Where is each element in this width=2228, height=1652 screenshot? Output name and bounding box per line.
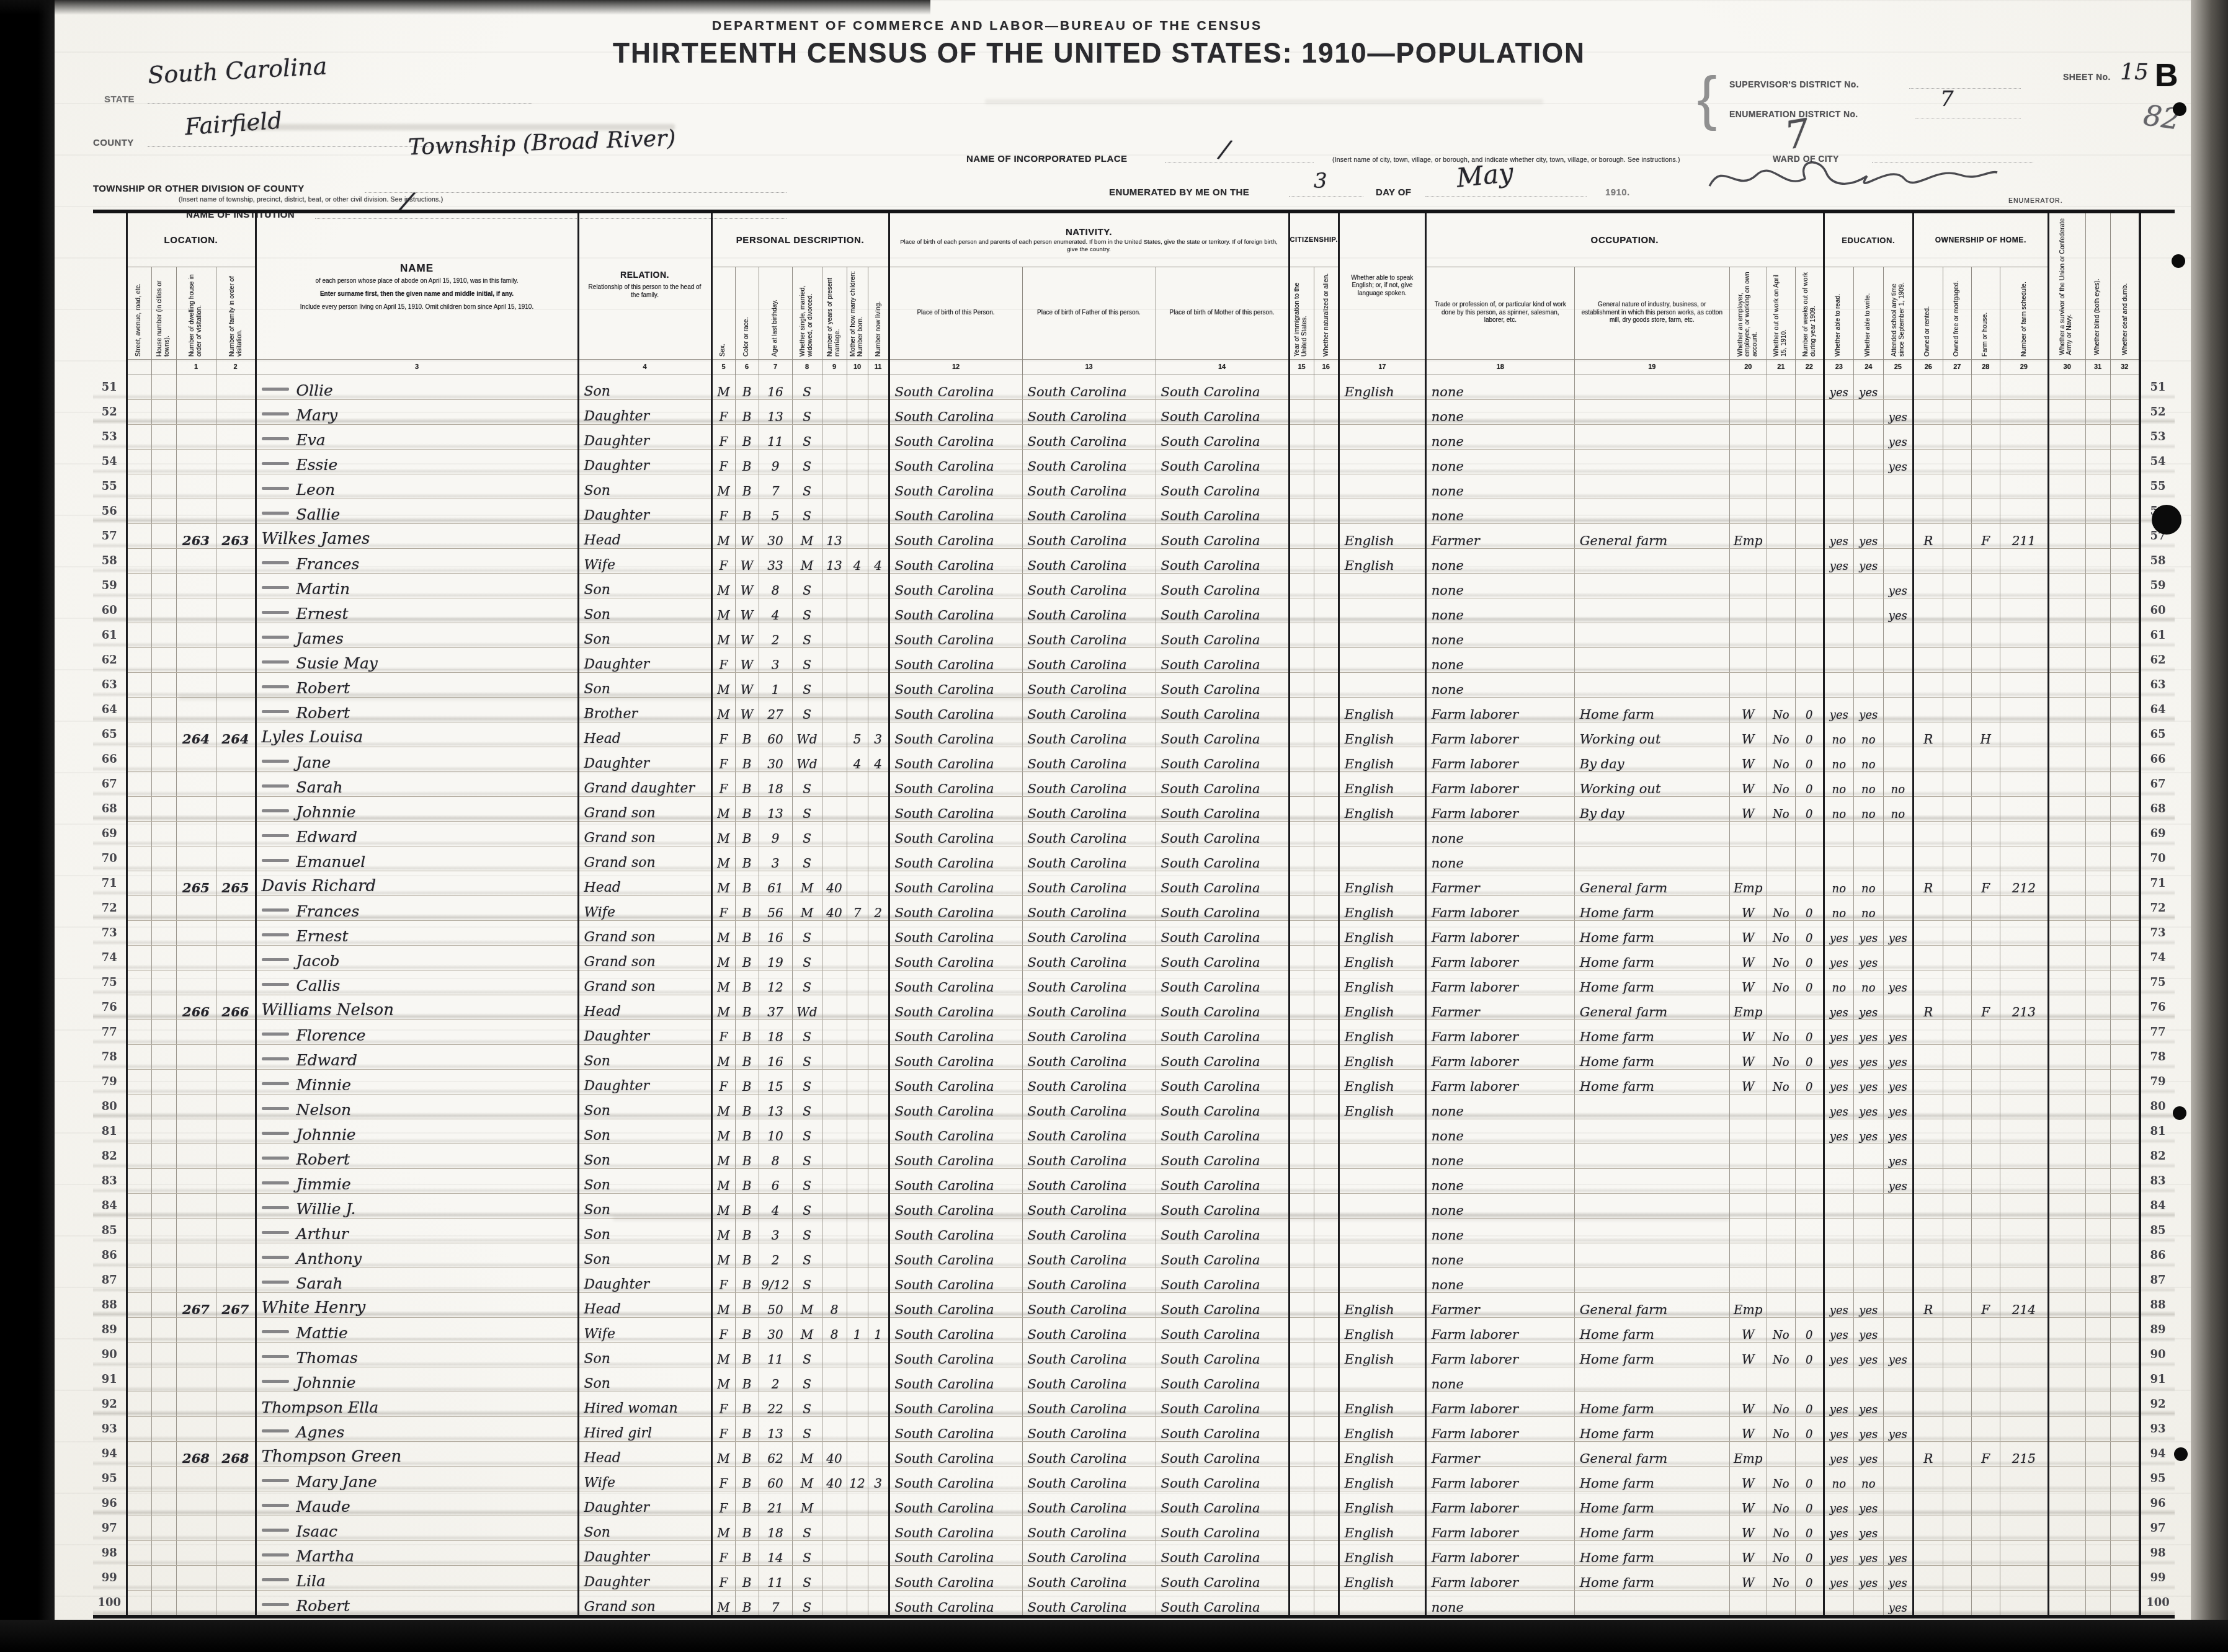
cell-house-number [151,1541,176,1566]
cell-deaf [2110,1417,2140,1442]
cell-deaf [2110,970,2140,995]
cell-name: Maude [256,1491,578,1516]
cell-occupation: none [1425,574,1574,598]
cell-father-birthplace: South Carolina [1022,1293,1156,1318]
cell-out-of-work [1767,648,1795,673]
cell-farm-house [1971,598,2000,623]
cell-sex: M [711,1219,735,1243]
cell-weeks-out: 0 [1795,946,1824,970]
cell-mother-birthplace: South Carolina [1156,772,1289,797]
cell-family-number [216,623,256,648]
line-number-left: 87 [93,1268,127,1293]
cell-family-number [216,970,256,995]
cell-children-born [847,921,868,946]
cell-farm-house [1971,1417,2000,1442]
line-number-left: 93 [93,1417,127,1442]
line-number-right: 84 [2140,1194,2175,1219]
cell-marital-status: M [792,1467,822,1491]
cell-years-married [822,698,847,722]
cell-survivor [2048,1392,2085,1417]
cell-children-living [868,1119,889,1144]
cell-street [127,400,151,425]
cell-blind [2085,400,2110,425]
cell-color: B [735,1367,759,1392]
cell-weeks-out: 0 [1795,1566,1824,1591]
cell-age: 11 [759,1343,792,1367]
cell-sex: M [711,1144,735,1169]
cell-farm-house [1971,1045,2000,1070]
cell-farm-house [1971,1169,2000,1194]
cell-sex: F [711,450,735,474]
cell-out-of-work [1767,549,1795,574]
line-number-left: 67 [93,772,127,797]
cell-farm-schedule [2000,797,2048,822]
cell-occupation: Farm laborer [1425,1045,1574,1070]
enumerated-day: 3 [1314,169,1327,193]
cell-farm-schedule [2000,648,2048,673]
column-number: 29 [2000,360,2048,375]
cell-mother-birthplace: South Carolina [1156,400,1289,425]
cell-age: 3 [759,1219,792,1243]
cell-children-born [847,1541,868,1566]
cell-children-living [868,1095,889,1119]
supervisor-blank [1909,79,2021,89]
table-row: 54 Essie Daughter F B 9 S South Carolina… [93,450,2175,474]
cell-attended-school [1883,375,1913,400]
table-row: 61 James Son M W 2 S South Carolina Sout… [93,623,2175,648]
cell-relation: Son [578,1219,711,1243]
cell-relation: Grand son [578,921,711,946]
line-number-right: 70 [2140,846,2175,871]
cell-survivor [2048,846,2085,871]
table-row: 60 Ernest Son M W 4 S South Carolina Sou… [93,598,2175,623]
cell-naturalized [1314,946,1339,970]
cell-deaf [2110,1566,2140,1591]
cell-farm-schedule [2000,1020,2048,1045]
cell-naturalized [1314,1194,1339,1219]
cell-dwelling-number [176,1367,216,1392]
cell-language [1339,623,1425,648]
cell-survivor [2048,1343,2085,1367]
cell-age: 15 [759,1070,792,1095]
cell-blind [2085,524,2110,549]
cell-age: 11 [759,425,792,450]
cell-sex: M [711,1442,735,1467]
cell-marital-status: Wd [792,995,822,1020]
cell-immigration-year [1289,698,1314,722]
cell-survivor [2048,1541,2085,1566]
line-number-right: 51 [2140,375,2175,400]
cell-dwelling-number [176,1541,216,1566]
cell-industry [1574,574,1729,598]
cell-farm-house [1971,574,2000,598]
cell-birthplace: South Carolina [889,871,1022,896]
line-number-right: 58 [2140,549,2175,574]
occupation-group-header: OCCUPATION. [1425,211,1824,267]
cell-house-number [151,1516,176,1541]
cell-naturalized [1314,1095,1339,1119]
cell-years-married [822,1045,847,1070]
cell-house-number [151,896,176,921]
cell-owned-rented [1913,1367,1943,1392]
cell-owned-rented [1913,1095,1943,1119]
cell-weeks-out [1795,524,1824,549]
cell-street [127,1367,151,1392]
cell-naturalized [1314,574,1339,598]
cell-out-of-work [1767,1095,1795,1119]
cell-owned-rented [1913,499,1943,524]
column-number: 23 [1824,360,1853,375]
cell-age: 10 [759,1119,792,1144]
cell-blind [2085,1367,2110,1392]
cell-language: English [1339,549,1425,574]
cell-naturalized [1314,722,1339,747]
cell-immigration-year [1289,1318,1314,1343]
cell-relation: Grand son [578,970,711,995]
table-row: 74 Jacob Grand son M B 19 S South Caroli… [93,946,2175,970]
cell-children-born: 5 [847,722,868,747]
cell-dwelling-number [176,1169,216,1194]
cell-name: Mattie [256,1318,578,1343]
cell-children-born [847,1566,868,1591]
cell-owned-rented [1913,1243,1943,1268]
cell-marital-status: S [792,797,822,822]
cell-can-read [1824,1169,1853,1194]
line-number-right: 96 [2140,1491,2175,1516]
cell-marital-status: S [792,1070,822,1095]
cell-owned-rented: R [1913,524,1943,549]
cell-color: W [735,549,759,574]
cell-weeks-out [1795,1243,1824,1268]
cell-farm-house [1971,400,2000,425]
cell-color: B [735,400,759,425]
cell-can-write [1853,822,1883,846]
cell-immigration-year [1289,1591,1314,1617]
cell-sex: M [711,946,735,970]
cell-can-write: no [1853,772,1883,797]
cell-house-number [151,574,176,598]
cell-language: English [1339,1417,1425,1442]
line-number-right: 53 [2140,425,2175,450]
cell-blind [2085,1268,2110,1293]
cell-farm-schedule [2000,1367,2048,1392]
cell-employment-status [1729,822,1767,846]
line-number-left: 53 [93,425,127,450]
birthplace-mother-column-header: Place of birth of Mother of this person. [1156,267,1289,360]
cell-farm-house: F [1971,995,2000,1020]
cell-name: Jane [256,747,578,772]
cell-deaf [2110,549,2140,574]
write-column-header: Whether able to write. [1853,267,1883,360]
table-row: 72 Frances Wife F B 56 M 40 7 2 South Ca… [93,896,2175,921]
cell-mother-birthplace: South Carolina [1156,1070,1289,1095]
column-number: 4 [578,360,711,375]
cell-birthplace: South Carolina [889,1144,1022,1169]
scan-smear [179,695,1109,700]
cell-owned-rented [1913,1119,1943,1144]
cell-children-living [868,797,889,822]
cell-farm-schedule [2000,623,2048,648]
cell-immigration-year [1289,1491,1314,1516]
cell-children-born [847,1491,868,1516]
cell-can-read: yes [1824,375,1853,400]
cell-weeks-out [1795,623,1824,648]
cell-industry: Home farm [1574,896,1729,921]
cell-attended-school [1883,1243,1913,1268]
school-column-header: Attended school any time since September… [1883,267,1913,360]
cell-deaf [2110,1293,2140,1318]
cell-street [127,1268,151,1293]
cell-name: Florence [256,1020,578,1045]
column-number: 8 [792,360,822,375]
cell-attended-school [1883,722,1913,747]
cell-father-birthplace: South Carolina [1022,995,1156,1020]
cell-industry [1574,1219,1729,1243]
cell-street [127,425,151,450]
cell-deaf [2110,400,2140,425]
cell-attended-school [1883,1516,1913,1541]
cell-immigration-year [1289,450,1314,474]
cell-occupation: none [1425,1194,1574,1219]
cell-farm-house [1971,1516,2000,1541]
line-number-left: 56 [93,499,127,524]
cell-immigration-year [1289,1417,1314,1442]
cell-blind [2085,1169,2110,1194]
cell-language [1339,400,1425,425]
cell-survivor [2048,1243,2085,1268]
cell-free-mortgaged [1943,524,1971,549]
cell-immigration-year [1289,1516,1314,1541]
line-number-right: 93 [2140,1417,2175,1442]
census-sheet-scan: DEPARTMENT OF COMMERCE AND LABOR—BUREAU … [0,0,2228,1652]
cell-children-born [847,995,868,1020]
cell-can-read: yes [1824,1541,1853,1566]
cell-out-of-work: No [1767,1070,1795,1095]
cell-family-number [216,1566,256,1591]
cell-years-married [822,499,847,524]
cell-attended-school: no [1883,772,1913,797]
cell-immigration-year [1289,1467,1314,1491]
cell-immigration-year [1289,474,1314,499]
cell-survivor [2048,1467,2085,1491]
cell-attended-school [1883,623,1913,648]
cell-weeks-out: 0 [1795,1491,1824,1516]
cell-children-living [868,1169,889,1194]
cell-house-number [151,946,176,970]
cell-farm-house [1971,1467,2000,1491]
cell-out-of-work: No [1767,970,1795,995]
cell-blind [2085,1243,2110,1268]
cell-mother-birthplace: South Carolina [1156,1541,1289,1566]
cell-survivor [2048,549,2085,574]
cell-years-married [822,1095,847,1119]
cell-occupation: none [1425,1367,1574,1392]
cell-free-mortgaged [1943,1243,1971,1268]
cell-occupation: none [1425,1243,1574,1268]
cell-out-of-work [1767,425,1795,450]
cell-can-write: yes [1853,1442,1883,1467]
cell-age: 30 [759,524,792,549]
cell-children-living [868,673,889,698]
cell-survivor [2048,450,2085,474]
table-row: 90 Thomas Son M B 11 S South Carolina So… [93,1343,2175,1367]
cell-can-read [1824,1591,1853,1617]
cell-years-married [822,1169,847,1194]
cell-occupation: Farm laborer [1425,1343,1574,1367]
cell-children-living [868,1045,889,1070]
cell-survivor [2048,375,2085,400]
cell-occupation: Farmer [1425,995,1574,1020]
cell-occupation: Farm laborer [1425,1070,1574,1095]
line-number-left: 72 [93,896,127,921]
cell-immigration-year [1289,574,1314,598]
cell-immigration-year [1289,995,1314,1020]
cell-children-born [847,1045,868,1070]
cell-blind [2085,1566,2110,1591]
cell-employment-status: W [1729,722,1767,747]
cell-industry [1574,1119,1729,1144]
cell-birthplace: South Carolina [889,1491,1022,1516]
cell-farm-house [1971,673,2000,698]
cell-birthplace: South Carolina [889,425,1022,450]
cell-blind [2085,623,2110,648]
cell-weeks-out [1795,1591,1824,1617]
cell-employment-status: W [1729,1318,1767,1343]
cell-naturalized [1314,846,1339,871]
cell-dwelling-number [176,1095,216,1119]
cell-attended-school [1883,474,1913,499]
cell-survivor [2048,1367,2085,1392]
cell-family-number [216,1243,256,1268]
cell-free-mortgaged [1943,1169,1971,1194]
cell-weeks-out [1795,1119,1824,1144]
cell-owned-rented [1913,896,1943,921]
line-number-left: 86 [93,1243,127,1268]
survivor-column-header: Whether a survivor of the Union or Confe… [2048,211,2085,360]
cell-years-married: 40 [822,1467,847,1491]
cell-mother-birthplace: South Carolina [1156,797,1289,822]
cell-attended-school: yes [1883,1045,1913,1070]
line-number-left: 77 [93,1020,127,1045]
cell-name: Robert [256,1144,578,1169]
cell-street [127,1467,151,1491]
cell-survivor [2048,1268,2085,1293]
cell-years-married [822,1020,847,1045]
cell-naturalized [1314,1541,1339,1566]
line-number-left: 80 [93,1095,127,1119]
cell-age: 7 [759,474,792,499]
cell-can-write: yes [1853,1293,1883,1318]
line-number-right: 94 [2140,1442,2175,1467]
cell-mother-birthplace: South Carolina [1156,1491,1289,1516]
cell-color: B [735,1516,759,1541]
cell-years-married [822,648,847,673]
cell-marital-status: M [792,1491,822,1516]
cell-years-married [822,1392,847,1417]
cell-marital-status: S [792,1194,822,1219]
cell-language [1339,673,1425,698]
cell-children-born: 1 [847,1318,868,1343]
cell-out-of-work: No [1767,1417,1795,1442]
cell-blind [2085,946,2110,970]
cell-farm-house [1971,1095,2000,1119]
cell-father-birthplace: South Carolina [1022,871,1156,896]
cell-children-living [868,648,889,673]
citizenship-group-header: CITIZENSHIP. [1289,211,1339,267]
cell-street [127,921,151,946]
cell-deaf [2110,822,2140,846]
cell-farm-schedule [2000,970,2048,995]
cell-industry: Home farm [1574,698,1729,722]
cell-dwelling-number [176,797,216,822]
cell-age: 9 [759,822,792,846]
cell-mother-birthplace: South Carolina [1156,375,1289,400]
cell-name: James [256,623,578,648]
cell-free-mortgaged [1943,896,1971,921]
cell-father-birthplace: South Carolina [1022,747,1156,772]
cell-blind [2085,1343,2110,1367]
cell-farm-house [1971,499,2000,524]
cell-farm-schedule [2000,846,2048,871]
cell-name: Minnie [256,1070,578,1095]
census-table: LOCATION. NAME of each person whose plac… [93,210,2175,1619]
sheet-label: SHEET No. [2063,72,2111,82]
cell-free-mortgaged [1943,1541,1971,1566]
cell-birthplace: South Carolina [889,995,1022,1020]
cell-house-number [151,698,176,722]
cell-free-mortgaged [1943,747,1971,772]
cell-occupation: none [1425,1119,1574,1144]
line-number-right: 81 [2140,1119,2175,1144]
cell-children-living [868,946,889,970]
cell-house-number [151,1591,176,1617]
cell-weeks-out: 0 [1795,722,1824,747]
table-row: 79 Minnie Daughter F B 15 S South Caroli… [93,1070,2175,1095]
cell-weeks-out [1795,1268,1824,1293]
cell-farm-schedule [2000,896,2048,921]
cell-survivor [2048,1318,2085,1343]
cell-children-living [868,921,889,946]
cell-mother-birthplace: South Carolina [1156,1119,1289,1144]
cell-name: Willie J. [256,1194,578,1219]
cell-free-mortgaged [1943,1467,1971,1491]
cell-relation: Daughter [578,425,711,450]
cell-language [1339,499,1425,524]
cell-immigration-year [1289,1243,1314,1268]
cell-color: W [735,698,759,722]
cell-name: Sarah [256,1268,578,1293]
cell-attended-school [1883,1467,1913,1491]
cell-language: English [1339,946,1425,970]
cell-mother-birthplace: South Carolina [1156,822,1289,846]
cell-can-write: yes [1853,1119,1883,1144]
cell-deaf [2110,1070,2140,1095]
cell-out-of-work [1767,1119,1795,1144]
cell-house-number [151,846,176,871]
cell-dwelling-number [176,1070,216,1095]
cell-color: B [735,896,759,921]
cell-can-read: no [1824,772,1853,797]
cell-out-of-work: No [1767,1392,1795,1417]
cell-occupation: Farm laborer [1425,1467,1574,1491]
cell-father-birthplace: South Carolina [1022,822,1156,846]
cell-house-number [151,1268,176,1293]
cell-free-mortgaged [1943,623,1971,648]
cell-owned-rented [1913,772,1943,797]
cell-street [127,623,151,648]
cell-name: Frances [256,549,578,574]
cell-sex: M [711,1243,735,1268]
